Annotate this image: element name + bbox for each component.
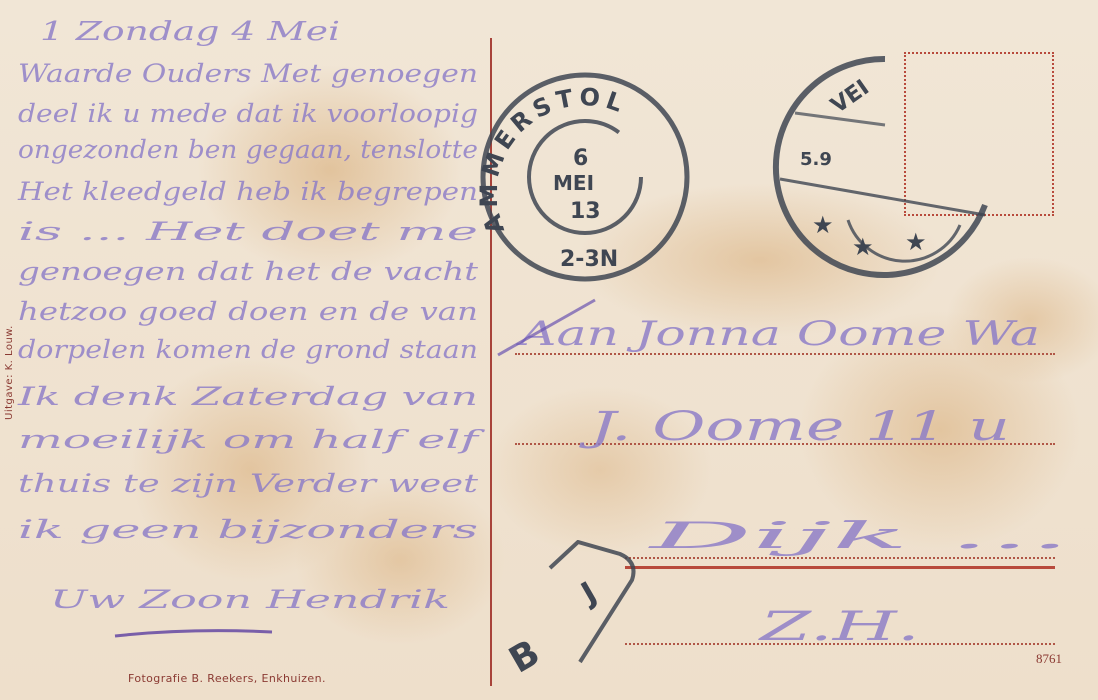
message-line: dorpelen komen de grond staan	[18, 335, 478, 364]
message-line: hetzoo goed doen en de van	[18, 297, 478, 326]
message-line: Uw Zoon Hendrik	[50, 585, 450, 614]
postmark-town: AMMERSTOL	[475, 83, 631, 237]
photographer-credit: Fotografie B. Reekers, Enkhuizen.	[128, 672, 326, 685]
address-underline	[625, 566, 1055, 569]
message-line: thuis te zijn Verder weet	[18, 469, 479, 498]
message-line: ik geen bijzonders	[18, 515, 478, 544]
message-text: 1 Zondag 4 MeiWaarde Ouders Met genoegen…	[16, 17, 485, 614]
ammerstol-postmark: AMMERSTOL 6 MEI 13 2-3N	[475, 70, 695, 285]
star-icon: ★	[852, 233, 874, 261]
address-line	[515, 443, 1055, 445]
message-line: ongezonden ben gegaan, tenslotte	[18, 135, 478, 164]
address-line-text: Aan Jonna Oome Wa	[516, 314, 1040, 354]
card-number: 8761	[1036, 651, 1062, 667]
message-line: is ... Het doet me	[18, 217, 478, 246]
message-line: moeilijk om half elf	[18, 425, 485, 454]
message-line: Ik denk Zaterdag van	[16, 382, 478, 411]
postmark-year: 13	[570, 199, 601, 224]
message-line: deel ik u mede dat ik voorloopig	[18, 99, 478, 128]
address-line-text: Dijk ...	[646, 516, 1070, 557]
handstamp-letter-j: J	[574, 575, 603, 612]
address-line	[625, 557, 1055, 559]
star-icon: ★	[905, 228, 927, 256]
postmark-time: 2-3N	[560, 247, 618, 272]
message-line: genoegen dat het de vacht	[18, 257, 479, 286]
star-icon: ★	[812, 211, 834, 239]
signature-underline	[115, 631, 272, 636]
message-line: Waarde Ouders Met genoegen	[18, 59, 478, 88]
pen-stroke	[498, 300, 595, 355]
publisher-credit: Uitgave: K. Louw.	[4, 325, 15, 420]
partial-postmark: VEI 5.9 ★ ★ ★	[770, 55, 995, 280]
address-line	[625, 643, 1055, 645]
message-line: 1 Zondag 4 Mei	[40, 17, 340, 47]
postmark-day: 6	[573, 146, 588, 171]
bj-handstamp: B J	[500, 540, 650, 680]
handstamp-letter-b: B	[503, 632, 547, 680]
postmark-month: MEI	[553, 171, 594, 195]
postmark-town-partial: VEI	[827, 75, 874, 119]
postmark-date-partial: 5.9	[800, 149, 832, 170]
svg-text:AMMERSTOL: AMMERSTOL	[475, 83, 631, 237]
postcard-back: Uitgave: K. Louw. Fotografie B. Reekers,…	[0, 0, 1098, 700]
message-line: Het kleedgeld heb ik begrepen	[17, 177, 478, 206]
address-line	[515, 353, 1055, 355]
